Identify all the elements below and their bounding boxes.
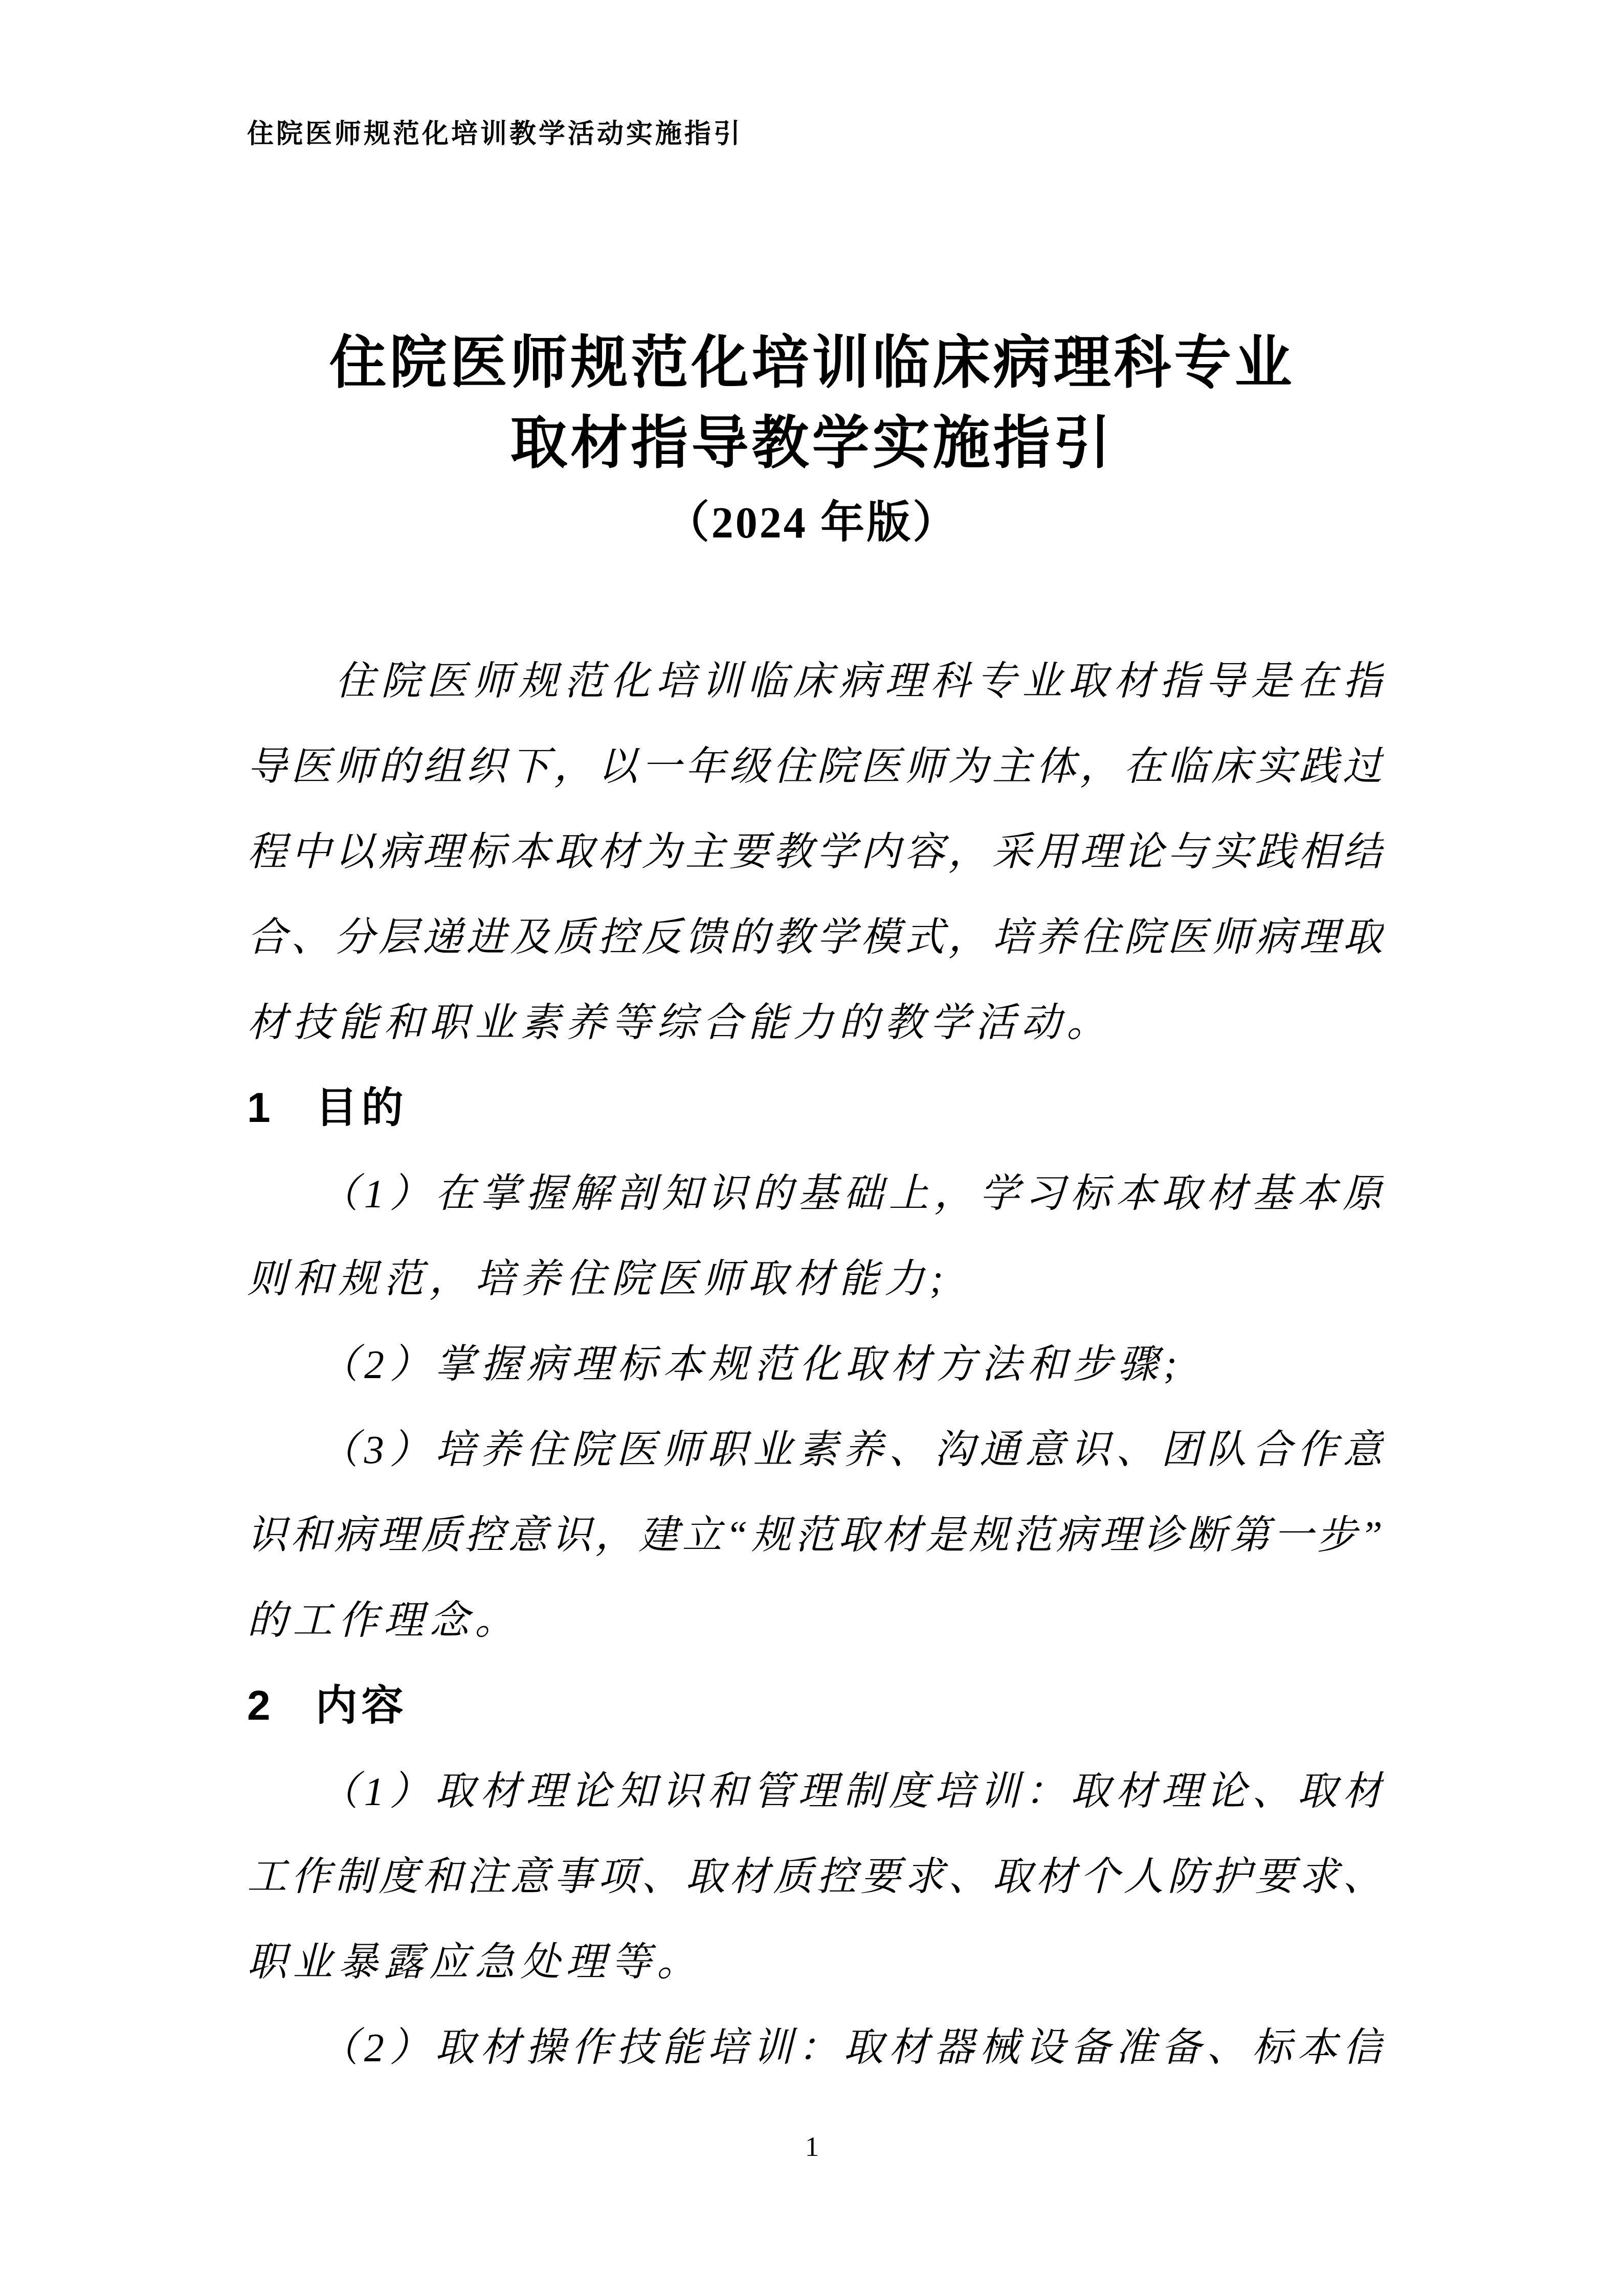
- paragraph-line: （2）取材操作技能培训：取材器械设备准备、标本信: [247, 2005, 1384, 2090]
- paragraph-line: 工作制度和注意事项、取材质控要求、取材个人防护要求、: [247, 1834, 1384, 1919]
- section-heading-2: 2内容: [247, 1663, 1384, 1748]
- title-line-2: 取材指导教学实施指引: [0, 404, 1624, 484]
- section-label: 内容: [316, 1682, 408, 1729]
- document-page: 住院医师规范化培训教学活动实施指引 住院医师规范化培训临床病理科专业 取材指导教…: [0, 0, 1624, 2296]
- paragraph-line: （1）在掌握解剖知识的基础上，学习标本取材基本原: [247, 1151, 1384, 1236]
- paragraph-line: 则和规范，培养住院医师取材能力;: [247, 1236, 1384, 1321]
- paragraph-line: （2）掌握病理标本规范化取材方法和步骤;: [247, 1321, 1384, 1407]
- title-edition: （2024 年版）: [0, 484, 1624, 561]
- paragraph-line: （3）培养住院医师职业素养、沟通意识、团队合作意: [247, 1407, 1384, 1492]
- paragraph-line: 职业暴露应急处理等。: [247, 1919, 1384, 2005]
- paragraph-line: 住院医师规范化培训临床病理科专业取材指导是在指: [247, 638, 1384, 724]
- section-number: 1: [247, 1085, 271, 1131]
- page-header-text: 住院医师规范化培训教学活动实施指引: [247, 119, 743, 150]
- paragraph-line: 程中以病理标本取材为主要教学内容，采用理论与实践相结: [247, 809, 1384, 894]
- paragraph-line: 导医师的组织下，以一年级住院医师为主体，在临床实践过: [247, 724, 1384, 809]
- section-heading-1: 1目的: [247, 1065, 1384, 1151]
- document-body: 住院医师规范化培训临床病理科专业取材指导是在指 导医师的组织下，以一年级住院医师…: [247, 638, 1384, 2090]
- page-number: 1: [0, 2131, 1624, 2162]
- section-label: 目的: [316, 1085, 408, 1131]
- title-line-1: 住院医师规范化培训临床病理科专业: [0, 324, 1624, 404]
- paragraph-line: 识和病理质控意识，建立“规范取材是规范病理诊断第一步”: [247, 1492, 1384, 1578]
- document-title: 住院医师规范化培训临床病理科专业 取材指导教学实施指引 （2024 年版）: [0, 324, 1624, 561]
- section-number: 2: [247, 1682, 271, 1729]
- paragraph-line: 的工作理念。: [247, 1578, 1384, 1663]
- paragraph-line: （1）取材理论知识和管理制度培训：取材理论、取材: [247, 1748, 1384, 1834]
- paragraph-line: 材技能和职业素养等综合能力的教学活动。: [247, 980, 1384, 1065]
- paragraph-line: 合、分层递进及质控反馈的教学模式，培养住院医师病理取: [247, 894, 1384, 980]
